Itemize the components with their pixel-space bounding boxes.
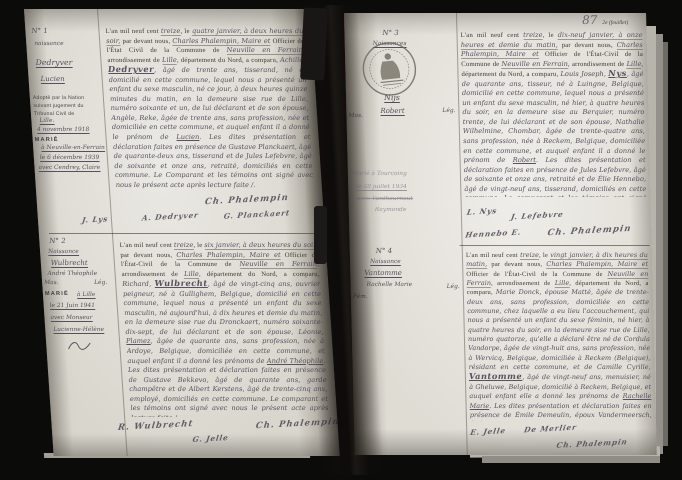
signature: A. Dedryver xyxy=(141,210,199,222)
act1-adoption-note: Adopté par la Nation xyxy=(33,95,85,101)
left-page: N° 1 naissance Dedryver Lucien Adopté pa… xyxy=(24,9,340,456)
republique-francaise-seal-stamp xyxy=(358,38,421,100)
act1-marriage-note: le 6 décembre 1939 xyxy=(40,155,100,161)
act2-margin-firstname: André Théophile xyxy=(47,271,97,277)
signature: E. Jelle xyxy=(470,426,507,437)
page-stack-edge xyxy=(663,42,668,446)
paraphe-flourish xyxy=(66,339,93,353)
signature: G. Jelle xyxy=(192,433,229,444)
signature: J. Lefebvre xyxy=(510,210,564,222)
act2-marriage-note: à Lille xyxy=(77,292,96,298)
act1-margin-surname: Dedryver xyxy=(35,58,72,67)
act3-margin-status: Lég. xyxy=(442,108,455,114)
act1-adoption-date: 4 novembre 1918 xyxy=(37,127,90,133)
act1-margin-number: N° 1 xyxy=(31,27,48,35)
signature: R. Wulbrecht xyxy=(117,419,194,433)
signature: Ch. Phalempin xyxy=(255,417,340,432)
act4-margin-firstname: Rachelle Marie xyxy=(367,282,413,288)
folio-number: 87 xyxy=(582,13,598,27)
act4-body-text: L'an mil neuf cent treize, le vingt janv… xyxy=(466,251,652,421)
sheet-label: 2e (feuillet) xyxy=(602,20,628,26)
act2-margin-status: Lég. xyxy=(94,280,107,286)
act-separator xyxy=(49,233,317,234)
binding-tape xyxy=(300,7,328,80)
signature: L. Nys xyxy=(466,206,498,217)
signature: Ch. Phalempin xyxy=(556,437,629,450)
act2-marriage-stamp: MARIÉ xyxy=(45,291,69,297)
act3-pencil-marriage-note: avec Vanthournout xyxy=(356,196,412,202)
act3-margin-number: N° 3 xyxy=(382,29,399,37)
act1-adoption-note: suivant jugement du xyxy=(33,103,84,109)
act1-margin-firstname: Lucien xyxy=(40,75,65,83)
act4-margin-type: Naissance xyxy=(370,259,401,265)
act2-margin-surname: Wulbrecht xyxy=(51,259,88,267)
act3-pencil-marriage-note: Marié à Tourcoing xyxy=(352,171,407,177)
signature: J. Lys xyxy=(81,214,108,224)
act4-margin-surname: Vantomme xyxy=(364,269,402,277)
act2-margin-number: N° 2 xyxy=(49,237,66,245)
act2-margin-type: Naissance xyxy=(48,249,79,255)
act3-margin-firstname: Robert xyxy=(380,107,404,115)
act1-body-text: L'an mil neuf cent treize, le quatre jan… xyxy=(105,27,314,195)
act2-margin-sex: Mas. xyxy=(44,280,59,286)
act1-adoption-place: Lille. xyxy=(39,118,54,124)
act3-pencil-marriage-note: Raymonde xyxy=(375,207,407,213)
act3-body-text: L'an mil neuf cent treize, le dix-neuf j… xyxy=(460,31,646,197)
act3-margin-surname: Nijs xyxy=(384,93,400,102)
act1-marriage-stamp: MARIÉ xyxy=(35,137,59,143)
act1-marriage-note: à Neuville-en-Ferrain xyxy=(41,145,105,151)
act3-pencil-marriage-note: le 28 juillet 1934 xyxy=(356,184,407,190)
act1-marriage-note: avec Cendrey, Claire xyxy=(38,165,100,171)
signature: Ch. Phalempin xyxy=(547,224,633,239)
act2-body-text: L'an mil neuf cent treize, le six janvie… xyxy=(119,241,329,417)
act2-marriage-note: le 21 Juin 1941 xyxy=(50,303,96,309)
act4-margin-sex: Fém. xyxy=(353,294,368,300)
register-scan: N° 1 naissance Dedryver Lucien Adopté pa… xyxy=(0,0,682,480)
act2-marriage-note: avec Monseur xyxy=(50,315,92,321)
act-separator xyxy=(460,245,650,246)
act4-margin-status: Lég. xyxy=(447,284,460,290)
signature: G. Planckaert xyxy=(223,208,290,221)
act1-margin-type: naissance xyxy=(34,41,64,47)
page-stack-edge xyxy=(656,34,663,454)
act1-adoption-note: Tribunal Civil de xyxy=(34,111,75,117)
right-page: 87 2e (feuillet) N° 3 Naissances Nijs Ro… xyxy=(344,13,657,455)
signature: Hennebo E. xyxy=(465,227,522,239)
signature: De Merlier xyxy=(523,423,577,435)
act3-margin-sex: Mas. xyxy=(348,113,363,119)
binding-tape xyxy=(314,206,327,264)
act4-margin-number: N° 4 xyxy=(376,247,393,255)
act2-marriage-note: Lucienne-Hélène xyxy=(53,327,104,333)
page-stack-edge xyxy=(482,456,660,463)
